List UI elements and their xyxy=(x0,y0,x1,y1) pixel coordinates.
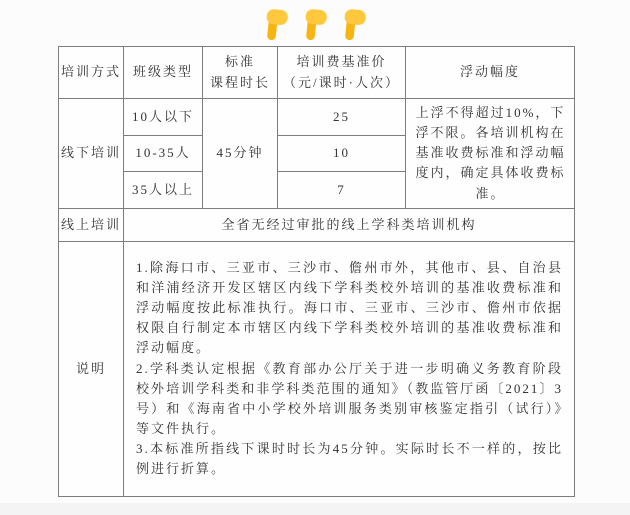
note-item-1: 1.除海口市、三亚市、三沙市、儋州市外，其他市、县、自治县和洋浦经济开发区辖区内… xyxy=(136,258,563,359)
online-row: 线上培训 全省无经过审批的线上学科类培训机构 xyxy=(59,208,575,241)
header-duration-line2: 课程时长 xyxy=(203,73,277,93)
header-duration: 标准 课程时长 xyxy=(203,47,278,99)
training-fee-table: 培训方式 班级类型 标准 课程时长 培训费基准价 （元/课时·人次） 浮动幅度 … xyxy=(58,46,575,497)
cell-notes-label: 说明 xyxy=(59,241,124,496)
note-item-2: 2.学科类认定根据《教育部办公厅关于进一步明确义务教育阶段校外培训学科类和非学科… xyxy=(136,359,563,440)
cell-class-type-3: 35人以上 xyxy=(124,172,203,209)
cell-price-1: 25 xyxy=(278,99,406,136)
cell-offline-label: 线下培训 xyxy=(59,99,124,209)
pointing-down-icon xyxy=(300,7,330,43)
header-base-price-line2: （元/课时·人次） xyxy=(278,73,405,93)
header-base-price-line1: 培训费基准价 xyxy=(278,52,405,72)
table-header-row: 培训方式 班级类型 标准 课程时长 培训费基准价 （元/课时·人次） 浮动幅度 xyxy=(59,47,575,99)
cell-class-type-1: 10人以下 xyxy=(124,99,203,136)
cell-online-content: 全省无经过审批的线上学科类培训机构 xyxy=(124,208,575,241)
header-class-type: 班级类型 xyxy=(124,47,203,99)
header-float-range: 浮动幅度 xyxy=(406,47,575,99)
bottom-band xyxy=(0,503,630,515)
header-duration-line1: 标准 xyxy=(203,52,277,72)
cell-price-2: 10 xyxy=(278,135,406,172)
cell-class-type-2: 10-35人 xyxy=(124,135,203,172)
header-base-price: 培训费基准价 （元/课时·人次） xyxy=(278,47,406,99)
pointing-down-icon xyxy=(261,7,291,43)
cell-float-note: 上浮不得超过10%，下浮不限。各培训机构在基准收费标准和浮动幅度内，确定具体收费… xyxy=(406,99,575,209)
cell-online-label: 线上培训 xyxy=(59,208,124,241)
cell-notes-content: 1.除海口市、三亚市、三沙市、儋州市外，其他市、县、自治县和洋浦经济开发区辖区内… xyxy=(124,241,575,496)
pointing-down-icon xyxy=(339,7,369,43)
page: 培训方式 班级类型 标准 课程时长 培训费基准价 （元/课时·人次） 浮动幅度 … xyxy=(0,0,630,515)
notes-row: 说明 1.除海口市、三亚市、三沙市、儋州市外，其他市、县、自治县和洋浦经济开发区… xyxy=(59,241,575,496)
header-training-method: 培训方式 xyxy=(59,47,124,99)
cell-duration: 45分钟 xyxy=(203,99,278,209)
pointer-row xyxy=(0,0,630,46)
note-item-3: 3.本标准所指线下课时时长为45分钟。实际时长不一样的，按比例进行折算。 xyxy=(136,439,563,479)
cell-price-3: 7 xyxy=(278,172,406,209)
offline-row-1: 线下培训 10人以下 45分钟 25 上浮不得超过10%，下浮不限。各培训机构在… xyxy=(59,99,575,136)
